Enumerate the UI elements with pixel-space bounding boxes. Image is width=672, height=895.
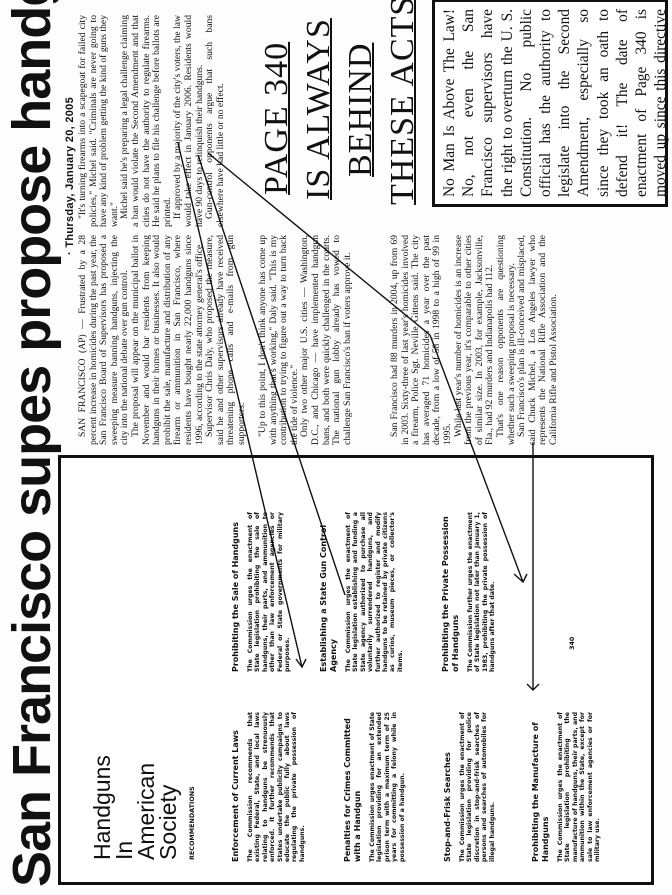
report-item-heading: Stop-and-Frisk Searches xyxy=(443,712,453,862)
report-title-line: Handguns xyxy=(91,750,113,860)
article-column-1a: SAN FRANCISCO (AP) — Frustrated by a 28 … xyxy=(78,235,248,445)
headline: San Francisco supes propose handgun ban xyxy=(2,7,62,887)
note-box: No Man Is Above The Law! No, not even th… xyxy=(432,0,668,207)
report-item: Establishing a State Gun Control Agency … xyxy=(319,512,404,672)
report-section-label: RECOMMENDATIONS xyxy=(189,786,197,860)
report-item: Prohibiting the Sale of Handguns The Com… xyxy=(231,512,291,672)
report-item-body: The Commission urges the enactment of St… xyxy=(557,712,601,862)
report-item: Enforcement of Current Laws The Commissi… xyxy=(231,712,306,862)
report-item-heading: Prohibiting the Private Possession of Ha… xyxy=(441,512,461,672)
report-item-heading: Establishing a State Gun Control Agency xyxy=(319,512,339,672)
report-title-line: In xyxy=(113,750,135,860)
article-paragraph: Gun-control opponents argue that such ba… xyxy=(205,15,226,227)
report-item-body: The Commission further urges the enactme… xyxy=(467,512,497,672)
article-paragraph: If approved by a majority of the city's … xyxy=(173,15,205,227)
article-paragraph: Michel said he's preparing a legal chall… xyxy=(120,15,173,227)
report-item-body: The Commission urges enactment of State … xyxy=(369,712,406,862)
article-paragraph: While last year's number of homicides is… xyxy=(454,235,496,445)
annotation-line-2: IS ALWAYS xyxy=(300,18,338,200)
report-item-body: The Commission urges the enactment of St… xyxy=(345,512,404,672)
article-column-1b: "Up to this point, I don't think anyone … xyxy=(258,235,353,445)
annotation-line-4: THESE ACTS xyxy=(384,0,422,205)
report-title-line: Society xyxy=(157,750,179,860)
rotated-clipping-page: San Francisco supes propose handgun ban … xyxy=(0,0,672,895)
article-paragraph: The proposal will appear on the municipa… xyxy=(131,235,205,445)
report-item-body: The Commission urges the enactment of St… xyxy=(247,512,291,672)
report-item-heading: Prohibiting the Manufacture of Handguns xyxy=(531,712,551,862)
article-column-2: "It's turning firearms into a scapegoat … xyxy=(78,15,226,227)
article-paragraph: Only two other major U.S. cities — Washi… xyxy=(300,235,353,445)
report-item-body: The Commission recommends that existing … xyxy=(247,712,306,862)
report-item-heading: Enforcement of Current Laws xyxy=(231,712,241,862)
dateline: · Thursday, January 20, 2005 xyxy=(64,97,76,255)
article-paragraph: "Up to this point, I don't think anyone … xyxy=(258,235,300,445)
annotation-line-1: PAGE 340 xyxy=(258,42,296,195)
report-title-line: American xyxy=(135,750,157,860)
article-paragraph: Supervisor Chris Daly, who proposed the … xyxy=(205,235,247,445)
annotation-line-3: BEHIND xyxy=(342,43,380,177)
article-paragraph: "It's turning firearms into a scapegoat … xyxy=(78,15,120,227)
article-paragraph: San Francisco had 88 murders in 2004, up… xyxy=(390,235,454,445)
article-paragraph: San Francisco's plan is ill-conceived an… xyxy=(517,235,559,445)
report-item-heading: Penalties for Crimes Committed with a Ha… xyxy=(343,712,363,862)
report-item-heading: Prohibiting the Sale of Handguns xyxy=(231,512,241,672)
report-item: Prohibiting the Private Possession of Ha… xyxy=(441,512,497,672)
report-item: Penalties for Crimes Committed with a Ha… xyxy=(343,712,406,862)
report-item: Prohibiting the Manufacture of Handguns … xyxy=(531,712,601,862)
report-item: Stop-and-Frisk Searches The Commission u… xyxy=(443,712,496,862)
article-paragraph: That's one reason opponents are question… xyxy=(496,235,517,445)
report-title: Handguns In American Society xyxy=(91,750,179,860)
report-page: Handguns In American Society RECOMMENDAT… xyxy=(58,455,654,885)
report-item-body: The Commission urges the enactment of St… xyxy=(459,712,496,862)
article-paragraph: SAN FRANCISCO (AP) — Frustrated by a 28 … xyxy=(78,235,131,445)
note-box-text: No Man Is Above The Law! No, not even th… xyxy=(441,9,672,197)
report-page-number: 340 xyxy=(569,637,577,650)
article-column-1c: San Francisco had 88 murders in 2004, up… xyxy=(390,235,560,445)
